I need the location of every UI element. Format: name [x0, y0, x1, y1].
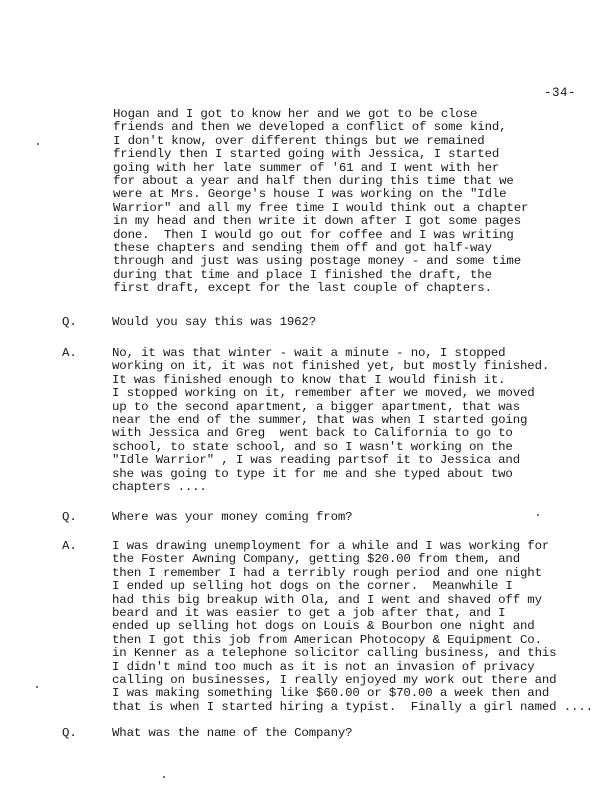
answer-text: No, it was that winter - wait a minute -… [112, 347, 549, 494]
answer-text: I was drawing unemployment for a while a… [112, 540, 593, 714]
scan-speck [36, 686, 38, 688]
question-label: Q. [62, 727, 77, 740]
scan-speck [163, 776, 165, 778]
question-text: Where was your money coming from? [112, 511, 352, 524]
intro-paragraph: Hogan and I got to know her and we got t… [113, 108, 528, 296]
scan-speck [537, 514, 539, 516]
answer-label: A. [62, 347, 77, 360]
page-number: -34- [544, 86, 576, 100]
question-text: Would you say this was 1962? [112, 316, 316, 329]
question-label: Q. [62, 316, 77, 329]
scan-speck [37, 143, 39, 145]
question-text: What was the name of the Company? [112, 727, 352, 740]
answer-label: A. [62, 540, 77, 553]
question-label: Q. [62, 511, 77, 524]
